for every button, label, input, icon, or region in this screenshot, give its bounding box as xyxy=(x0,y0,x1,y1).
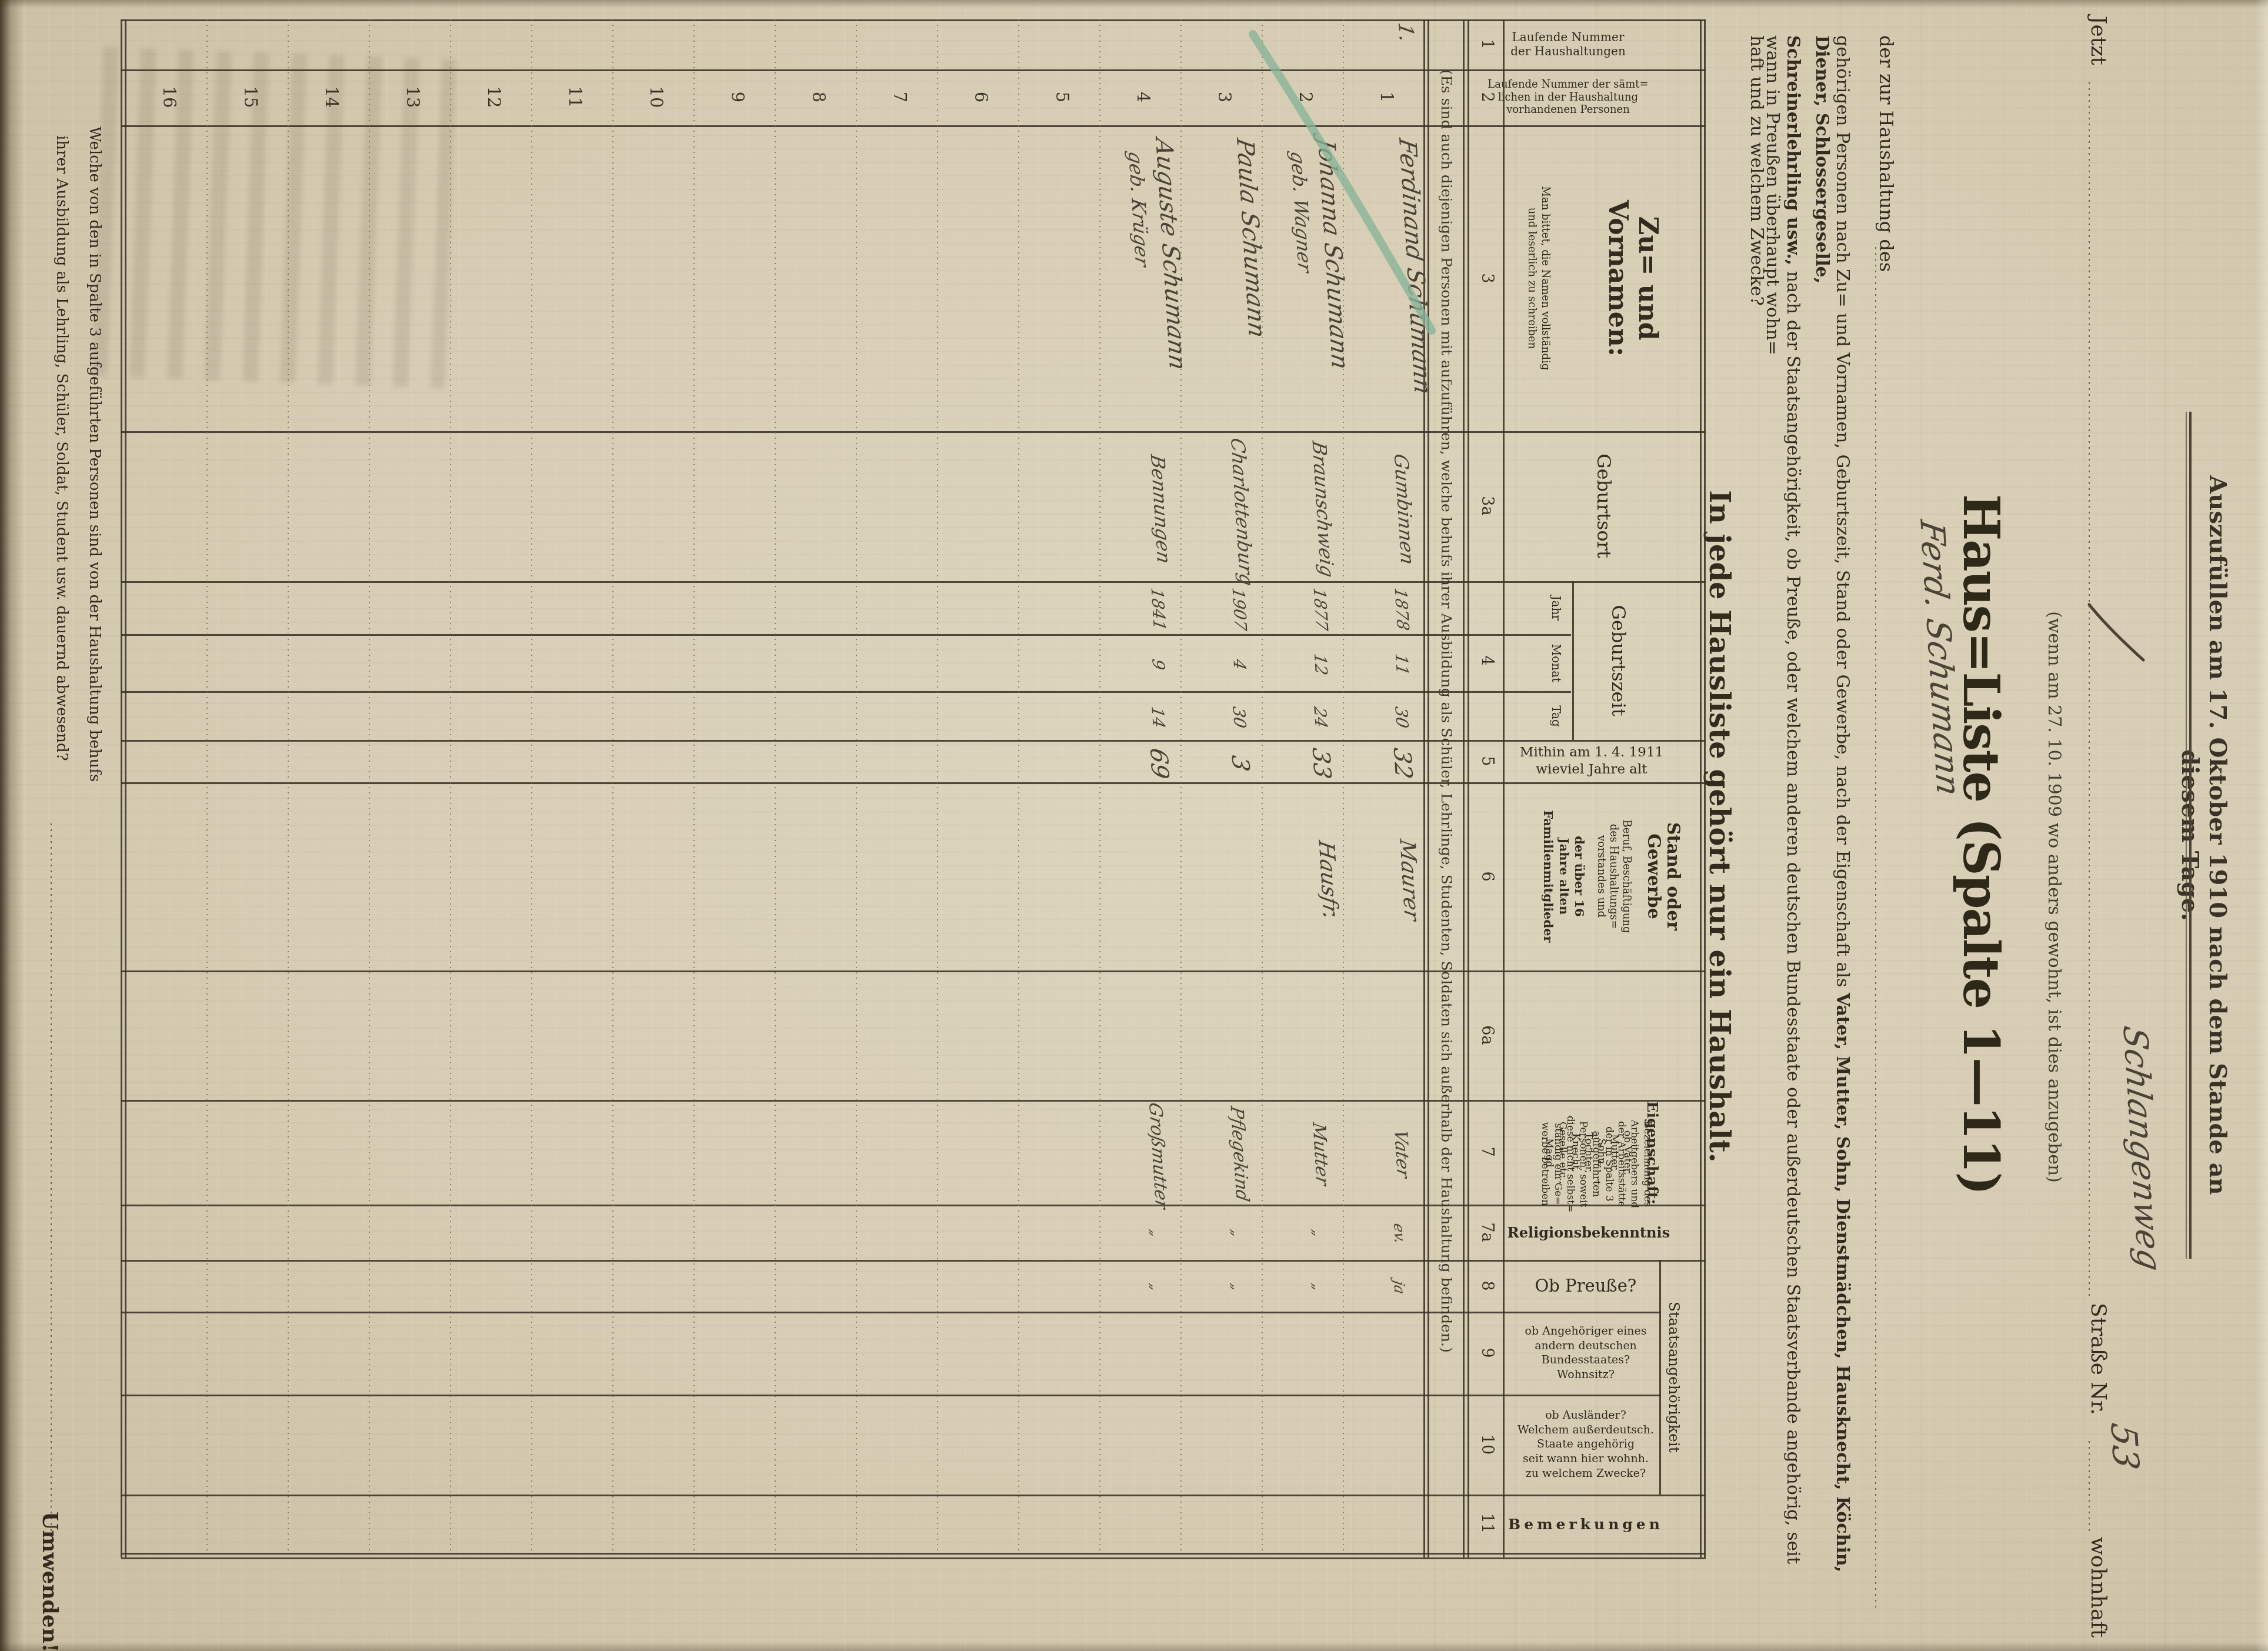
page-edge-shadow-left xyxy=(0,0,24,1651)
page-edge-shadow-bottom xyxy=(0,1642,2268,1651)
scanned-census-sheet: { "page": { "top_instruction": "Auszufül… xyxy=(0,0,2268,1651)
page-edge-shadow-top xyxy=(0,0,2268,8)
document-page: Auszufüllen am 17. Oktober 1910 nach dem… xyxy=(0,0,2268,1651)
page-edge-highlight-right xyxy=(2255,0,2268,1651)
footer-dotted-line xyxy=(51,823,52,1553)
turn-over-label: Umwenden! xyxy=(38,1512,62,1651)
footer-note-line2: ihrer Ausbildung als Lehrling, Schüler, … xyxy=(53,135,71,761)
reverse-side-showthrough-text xyxy=(92,47,456,389)
